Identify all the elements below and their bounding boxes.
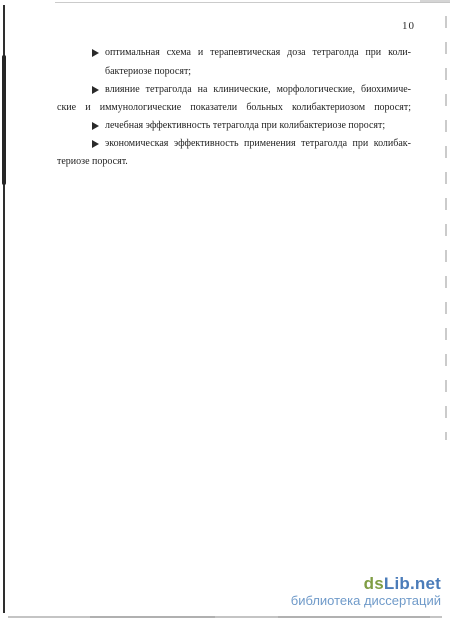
text-line-content: ские и иммунологические показатели больн… — [57, 101, 411, 114]
text-line: оптимальная схема и терапевтическая доза… — [57, 46, 411, 61]
text-line: бактериозе поросят; — [57, 65, 411, 80]
dslib-watermark: dsLib.net библиотека диссертаций — [291, 575, 441, 608]
dslib-subtitle: библиотека диссертаций — [291, 594, 441, 608]
scan-artifact-bottom-line-dark-segment — [278, 616, 430, 618]
text-line-content: лечебная эффективность тетраголда при ко… — [105, 119, 411, 132]
list-bullet-icon — [92, 86, 99, 94]
text-line: влияние тетраголда на клинические, морфо… — [57, 83, 411, 98]
dslib-logo[interactable]: dsLib.net — [291, 575, 441, 593]
list-bullet-icon — [92, 122, 99, 130]
list-bullet-icon — [92, 140, 99, 148]
scan-artifact-top-right-speck — [420, 0, 450, 3]
dslib-logo-suffix: Lib.net — [384, 574, 441, 593]
text-line: териозе поросят. — [57, 155, 411, 170]
text-line-content: влияние тетраголда на клинические, морфо… — [105, 83, 411, 96]
text-line-content: экономическая эффективность применения т… — [105, 137, 411, 150]
scan-artifact-left-edge-blob — [2, 55, 6, 185]
scan-artifact-right-edge-dashes — [445, 16, 447, 440]
text-line-content: оптимальная схема и терапевтическая доза… — [105, 46, 411, 59]
scan-artifact-top-line — [55, 2, 450, 3]
document-page: 10 оптимальная схема и терапевтическая д… — [0, 0, 450, 627]
dslib-logo-prefix: ds — [364, 574, 384, 593]
page-number: 10 — [402, 20, 415, 32]
text-line: экономическая эффективность применения т… — [57, 137, 411, 152]
text-line-content: бактериозе поросят; — [105, 65, 411, 78]
scan-artifact-bottom-line-dark-segment — [90, 616, 215, 618]
text-line: лечебная эффективность тетраголда при ко… — [57, 119, 411, 134]
text-line-content: териозе поросят. — [57, 155, 411, 168]
list-bullet-icon — [92, 49, 99, 57]
text-line: ские и иммунологические показатели больн… — [57, 101, 411, 116]
